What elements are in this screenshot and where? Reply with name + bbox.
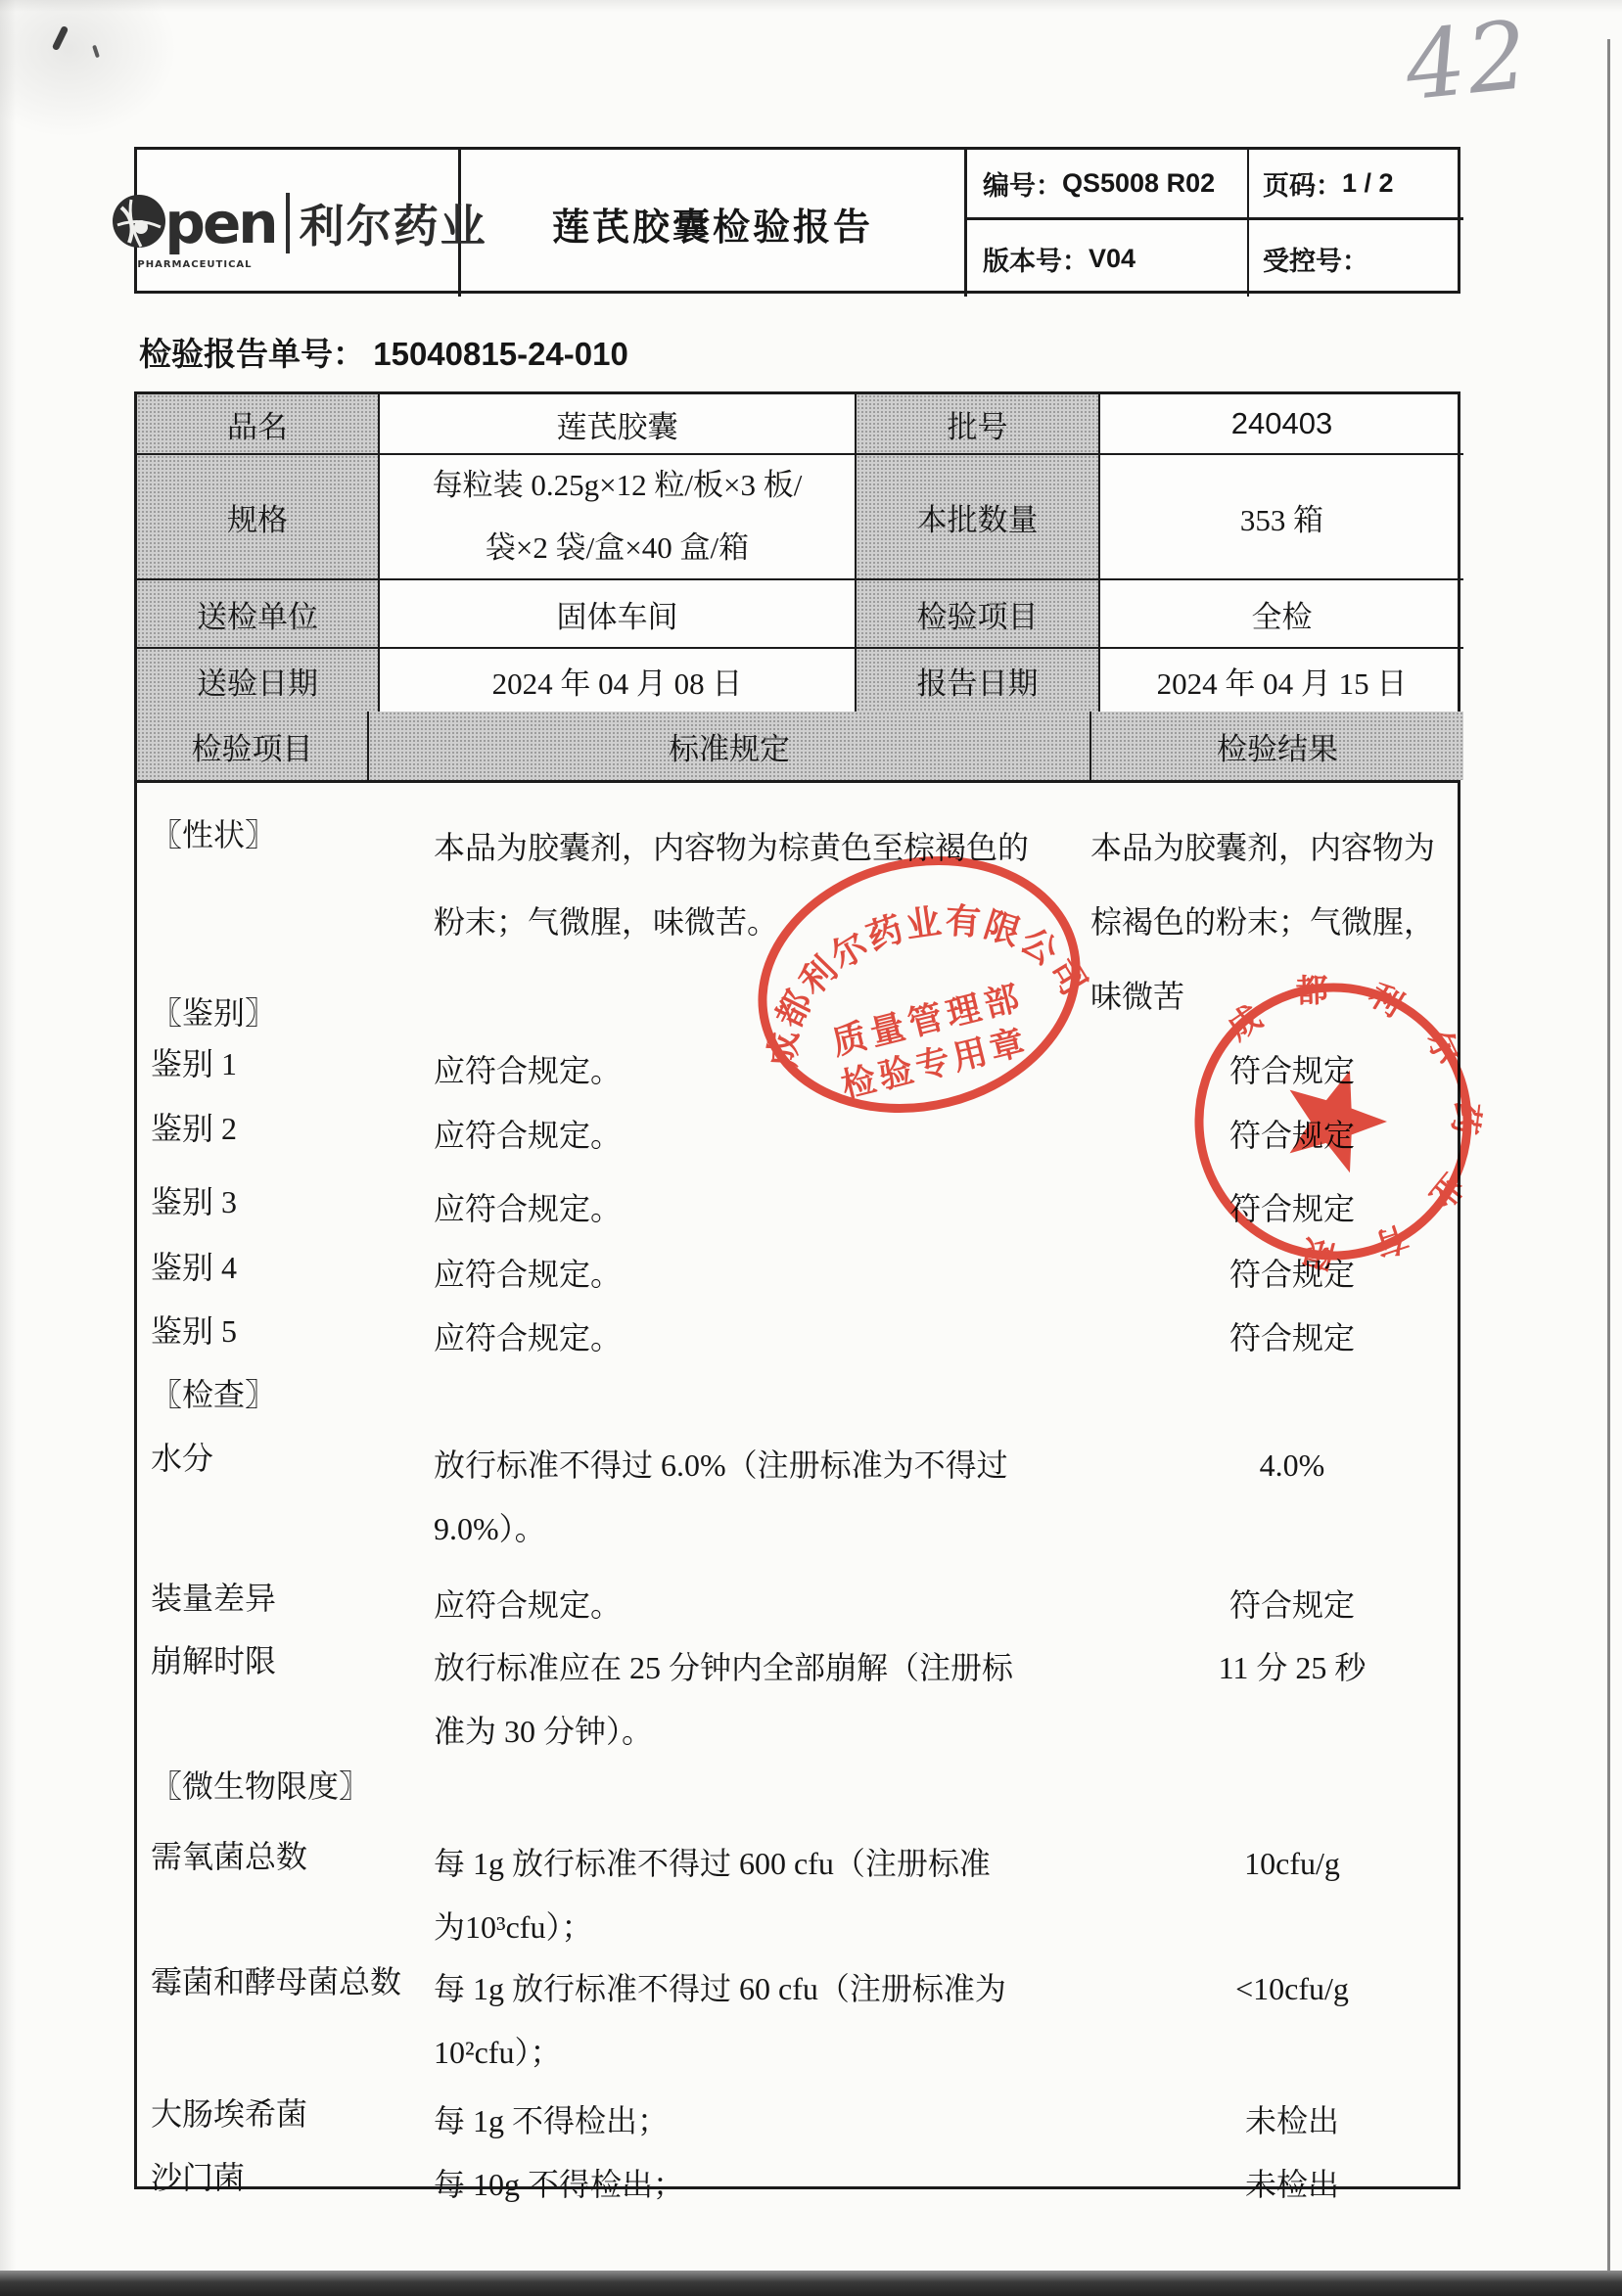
scan-edge-shading	[0, 0, 1622, 12]
sample-info-table: 品名 莲芪胶囊 批号 240403 规格 每粒装 0.25g×12 粒/板×3 …	[134, 391, 1460, 714]
test-standard: 应符合规定。	[434, 1243, 1138, 1307]
label-batch-quantity: 本批数量	[857, 455, 1100, 580]
test-result: 符合规定	[1145, 1574, 1439, 1637]
section-title: 〖微生物限度〗	[151, 1762, 370, 1807]
company-logo: pen PHARMACEUTICAL 利尔药业	[108, 188, 487, 258]
label-submitting-unit: 送检单位	[137, 580, 380, 649]
results-column-headers: 检验项目 标准规定 检验结果	[134, 712, 1460, 783]
doc-number-cell: 编号： QS5008 R02	[967, 150, 1249, 220]
value-specification: 每粒装 0.25g×12 粒/板×3 板/ 袋×2 袋/盒×40 盒/箱	[380, 455, 857, 580]
test-item: 鉴别 3	[151, 1177, 237, 1222]
scan-edge-shading	[0, 0, 16, 2296]
test-result: <10cfu/g	[1145, 1957, 1439, 2021]
test-item: 水分	[151, 1434, 213, 1479]
label-product-name: 品名	[137, 394, 380, 455]
value-report-date: 2024 年 04 月 15 日	[1100, 649, 1463, 714]
test-item: 鉴别 2	[151, 1104, 237, 1149]
page-number-cell: 页码： 1 / 2	[1249, 150, 1463, 220]
test-standard: 每 1g 不得检出；	[434, 2089, 1138, 2153]
logo-brand-en: pen	[164, 195, 275, 252]
test-item: 鉴别 4	[151, 1243, 237, 1288]
test-result: 10cfu/g	[1145, 1832, 1439, 1896]
test-standard: 每 1g 放行标准不得过 60 cfu（注册标准为 10²cfu）；	[434, 1957, 1138, 2085]
test-standard: 放行标准应在 25 分钟内全部崩解（注册标 准为 30 分钟）。	[434, 1636, 1138, 1764]
test-result: 11 分 25 秒	[1145, 1636, 1439, 1700]
version-label: 版本号：	[983, 240, 1089, 278]
globe-icon	[108, 188, 170, 258]
test-standard: 放行标准不得过 6.0%（注册标准为不得过 9.0%）。	[434, 1434, 1138, 1561]
report-number-line: 检验报告单号： 15040815-24-010	[139, 329, 628, 375]
logo-divider-bar	[286, 193, 290, 253]
value-batch-number: 240403	[1100, 394, 1463, 455]
test-item: 沙门菌	[151, 2153, 245, 2198]
report-title: 莲芪胶囊检验报告	[552, 197, 873, 251]
label-submission-date: 送验日期	[137, 649, 380, 714]
column-header-standard: 标准规定	[369, 712, 1091, 780]
label-report-date: 报告日期	[857, 649, 1100, 714]
control-number-cell: 受控号：	[1249, 220, 1463, 297]
version-value: V04	[1089, 244, 1135, 274]
scan-bottom-band	[0, 2271, 1622, 2296]
scan-smudge	[0, 0, 176, 137]
scan-edge-line	[1607, 39, 1610, 2296]
version-cell: 版本号： V04	[967, 220, 1249, 297]
test-standard: 应符合规定。	[434, 1307, 1138, 1370]
company-logo-cell: pen PHARMACEUTICAL 利尔药业	[137, 150, 461, 297]
test-item: 鉴别 1	[151, 1039, 237, 1084]
star-icon	[1272, 1055, 1399, 1179]
report-title-cell: 莲芪胶囊检验报告	[461, 150, 967, 297]
column-header-result: 检验结果	[1091, 712, 1463, 780]
value-submitting-unit: 固体车间	[380, 580, 857, 649]
test-item: 大肠埃希菌	[151, 2089, 307, 2135]
column-header-item: 检验项目	[137, 712, 369, 780]
test-item: 需氧菌总数	[151, 1832, 307, 1877]
test-result: 未检出	[1145, 2089, 1439, 2153]
handwritten-page-number: 42	[1400, 0, 1534, 121]
logo-brand-cn: 利尔药业	[300, 191, 487, 255]
doc-number-value: QS5008 R02	[1062, 168, 1215, 199]
label-batch-number: 批号	[857, 394, 1100, 455]
control-number-label: 受控号：	[1263, 240, 1368, 278]
label-specification: 规格	[137, 455, 380, 580]
test-item: 霉菌和酵母菌总数	[151, 1957, 401, 2002]
section-title: 〖检查〗	[151, 1370, 276, 1415]
report-header-table: pen PHARMACEUTICAL 利尔药业 莲芪胶囊检验报告 编号： QS5…	[134, 147, 1460, 294]
logo-brand-subtext: PHARMACEUTICAL	[137, 259, 252, 270]
doc-number-label: 编号：	[983, 164, 1062, 203]
test-item: 〖性状〗	[151, 810, 276, 855]
value-submission-date: 2024 年 04 月 08 日	[380, 649, 857, 714]
logo-globe-and-wordmark: pen PHARMACEUTICAL	[108, 188, 275, 258]
test-result: 符合规定	[1145, 1307, 1439, 1370]
report-number-value: 15040815-24-010	[373, 336, 628, 372]
test-result: 4.0%	[1145, 1434, 1439, 1497]
test-item: 鉴别 5	[151, 1307, 237, 1352]
test-item: 装量差异	[151, 1574, 276, 1619]
value-inspection-scope: 全检	[1100, 580, 1463, 649]
label-inspection-scope: 检验项目	[857, 580, 1100, 649]
test-standard: 每 1g 放行标准不得过 600 cfu（注册标准 为10³cfu）；	[434, 1832, 1138, 1959]
test-item: 崩解时限	[151, 1636, 276, 1681]
test-standard: 应符合规定。	[434, 1574, 1138, 1637]
report-number-label: 检验报告单号：	[139, 338, 365, 373]
test-standard: 每 10g 不得检出；	[434, 2153, 1138, 2217]
page-number-label: 页码：	[1263, 164, 1342, 203]
section-title: 〖鉴别〗	[151, 988, 276, 1033]
value-batch-quantity: 353 箱	[1100, 455, 1463, 580]
page-number-value: 1 / 2	[1342, 168, 1394, 199]
test-standard: 应符合规定。	[434, 1177, 1138, 1241]
scanned-inspection-report-page: 42 pen PHARMACEUTICAL 利尔药业	[0, 0, 1622, 2296]
value-product-name: 莲芪胶囊	[380, 394, 857, 455]
test-result: 未检出	[1145, 2153, 1439, 2217]
